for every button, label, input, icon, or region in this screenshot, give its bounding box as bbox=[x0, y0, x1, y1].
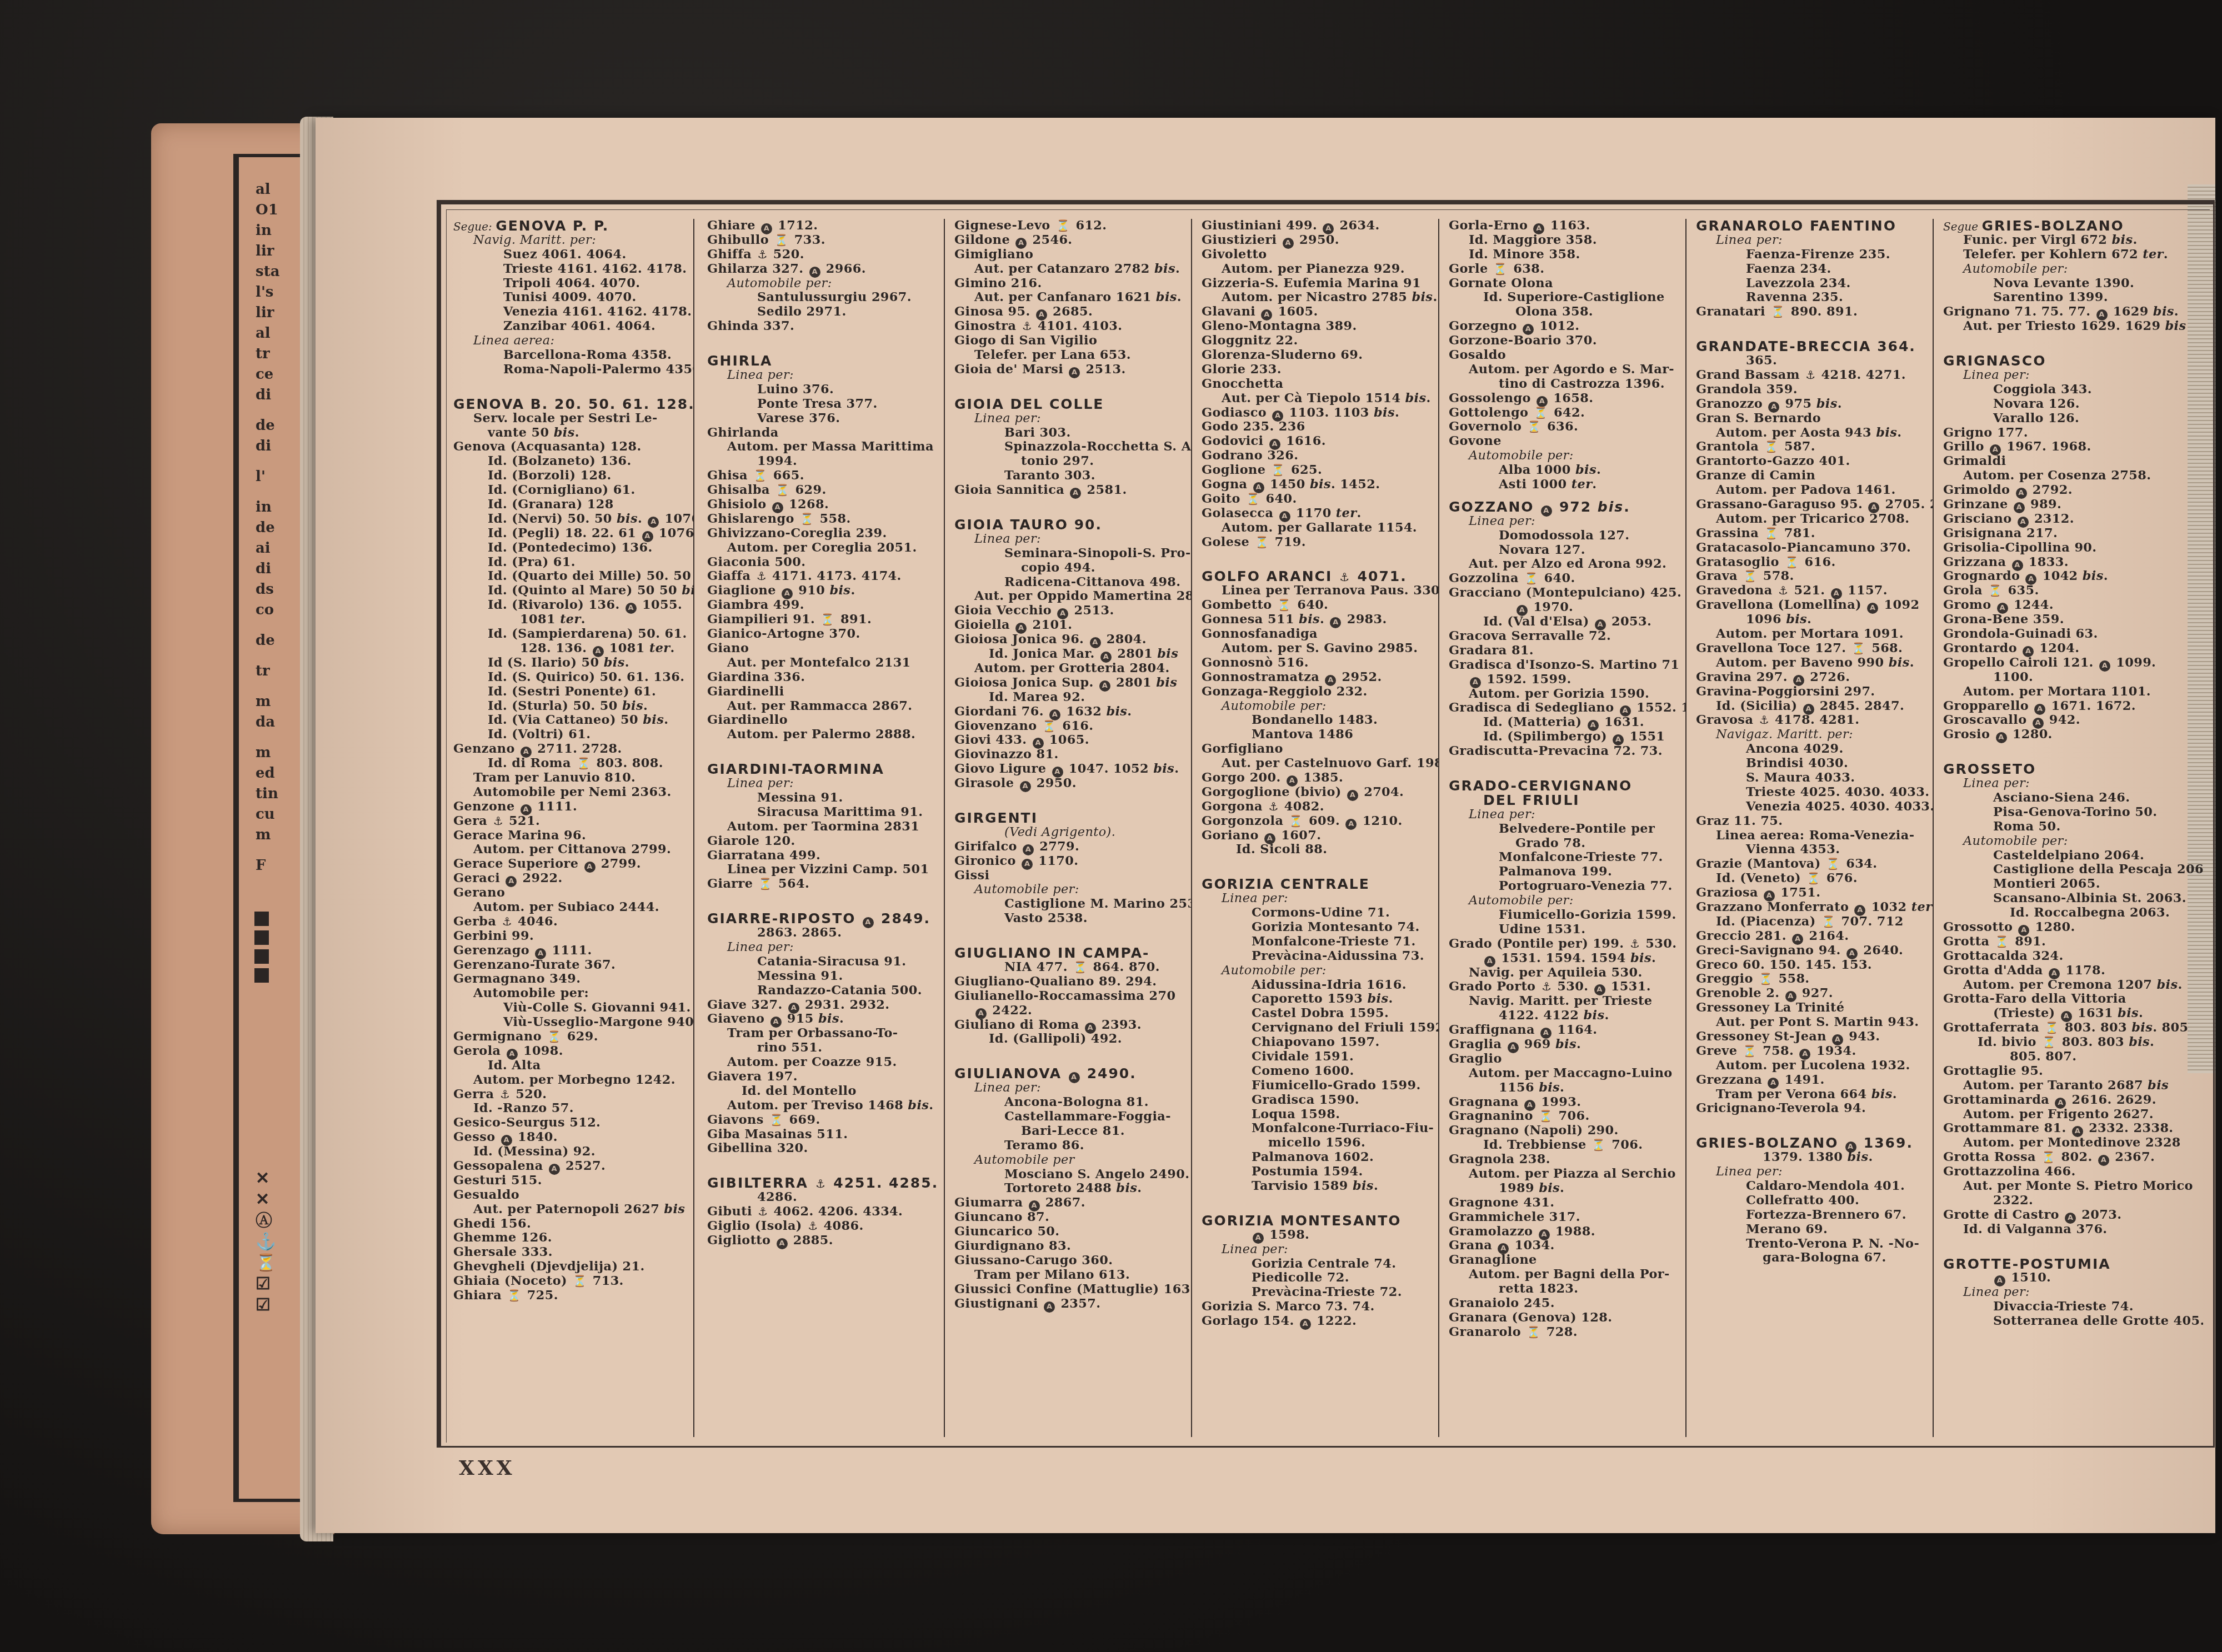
tram-icon: ⏳ bbox=[759, 877, 773, 892]
index-entry: Giano bbox=[707, 642, 944, 656]
index-entry: Autom. per Gorizia 1590. bbox=[1449, 687, 1685, 702]
index-entry: Golasecca A 1170 ter. bbox=[1202, 507, 1438, 521]
fragment-text: de bbox=[256, 518, 280, 538]
index-entry: Giurdignano 83. bbox=[954, 1239, 1191, 1254]
index-entry: Id. di Valganna 376. bbox=[1943, 1223, 2203, 1237]
fragment-text: de bbox=[256, 415, 280, 436]
service-label: Navig. Maritt. per: bbox=[453, 233, 693, 248]
tram-icon: ⏳ bbox=[577, 757, 590, 771]
index-entry: Giardina 336. bbox=[707, 670, 944, 685]
index-entry: Aut. per Pont S. Martin 943. bbox=[1696, 1015, 1933, 1030]
index-entry: Id. Marea 92. bbox=[954, 690, 1191, 705]
tram-icon: ⏳ bbox=[573, 1274, 587, 1289]
index-entry: Tortoreto 2488 bis. bbox=[954, 1182, 1191, 1196]
index-entry: Autom. per Cremona 1207 bis. bbox=[1943, 978, 2203, 993]
index-entry: Gesualdo bbox=[453, 1188, 693, 1203]
tram-icon: ⏳ bbox=[1743, 1044, 1757, 1059]
index-column-6: GRANAROLO FAENTINOLinea per:Faenza-Firen… bbox=[1689, 219, 1934, 1437]
tram-icon: ⏳ bbox=[1771, 305, 1785, 319]
spacer bbox=[954, 791, 1191, 803]
index-entry: 1096 bis. bbox=[1696, 613, 1933, 627]
index-entry: Gioiosa Jonica Sup. A 2801 bis bbox=[954, 676, 1191, 690]
index-entry: Ravenna 235. bbox=[1696, 291, 1933, 305]
index-entry: Autom. per Piazza al Serchio bbox=[1449, 1167, 1685, 1182]
index-entry: Telefer. per Kohlern 672 ter. bbox=[1943, 248, 2203, 262]
index-entry: Autom. per Mortara 1101. bbox=[1943, 685, 2203, 699]
index-column-1: Segue: GENOVA P. P.Navig. Maritt. per:Su… bbox=[447, 219, 694, 1437]
index-entry: Gignese-Levo ⏳ 612. bbox=[954, 219, 1191, 233]
index-entry: Gerenzago A 1111. bbox=[453, 944, 693, 958]
index-entry: Gorgona ⚓ 4082. bbox=[1202, 800, 1438, 814]
tram-icon: ⏳ bbox=[1852, 642, 1866, 656]
tram-icon: ⏳ bbox=[1073, 960, 1087, 975]
index-entry: Santulussurgiu 2967. bbox=[707, 291, 944, 305]
index-entry: Id. (Quarto dei Mille) 50. 50 bis bbox=[453, 569, 693, 584]
index-entry: Taranto 303. bbox=[954, 469, 1191, 483]
index-entry: Gildone A 2546. bbox=[954, 233, 1191, 248]
autoservice-icon: A bbox=[1283, 238, 1294, 249]
index-column-7: Segue GRIES-BOLZANOFunic. per Virgl 672 … bbox=[1936, 219, 2203, 1437]
autoservice-icon: A bbox=[1867, 603, 1878, 614]
index-entry: Luino 376. bbox=[707, 383, 944, 397]
tram-icon: ⏳ bbox=[775, 483, 789, 498]
index-entry: Gorizia Montesanto 74. bbox=[1202, 920, 1438, 935]
spacer bbox=[954, 377, 1191, 389]
station-heading: GRIES-BOLZANO A 1369. bbox=[1696, 1136, 1933, 1150]
index-entry: Id. (Quinto al Mare) 50 50 bis bbox=[453, 584, 693, 598]
index-entry: Ghirlanda bbox=[707, 426, 944, 440]
index-entry: Giussano-Carugo 360. bbox=[954, 1254, 1191, 1268]
ship-icon: ⚓ bbox=[1805, 368, 1815, 383]
index-entry: Grava ⏳ 578. bbox=[1696, 569, 1933, 584]
index-entry: Id. -Ranzo 57. bbox=[453, 1102, 693, 1116]
fragment-text: co bbox=[256, 600, 280, 620]
index-entry: Giarole 120. bbox=[707, 834, 944, 849]
index-entry: Id. (Via Cattaneo) 50 bis. bbox=[453, 713, 693, 728]
index-entry: 4286. bbox=[707, 1190, 944, 1205]
index-entry: Id. di Roma ⏳ 803. 808. bbox=[453, 757, 693, 771]
fragment-text: m bbox=[256, 743, 280, 763]
index-entry: Gnocchetta bbox=[1202, 377, 1438, 392]
index-entry: Belvedere-Pontile per bbox=[1449, 822, 1685, 837]
spacer bbox=[954, 1047, 1191, 1059]
index-entry: Barcellona-Roma 4358. bbox=[453, 348, 693, 363]
index-entry: Id. (Sestri Ponente) 61. bbox=[453, 685, 693, 699]
index-entry: Telefer. per Lana 653. bbox=[954, 348, 1191, 363]
index-entry: Linea per Vizzini Camp. 501 bbox=[707, 863, 944, 877]
fragment-text: tin bbox=[256, 784, 280, 804]
index-column-3: Gignese-Levo ⏳ 612.Gildone A 2546.Gimigl… bbox=[948, 219, 1192, 1437]
index-entry: Autom. per Pianezza 929. bbox=[1202, 262, 1438, 277]
index-entry: Gorgo 200. A 1385. bbox=[1202, 771, 1438, 785]
tram-icon: ⏳ bbox=[800, 512, 814, 527]
ship-icon: ⚓ bbox=[493, 814, 503, 829]
fragment-text bbox=[256, 406, 280, 415]
index-entry: Spinazzola-Rocchetta S. An- bbox=[954, 440, 1191, 454]
index-entry: Grantorto-Gazzo 401. bbox=[1696, 454, 1933, 469]
index-frame: Segue: GENOVA P. P.Navig. Maritt. per:Su… bbox=[437, 200, 2215, 1448]
index-entry: Grammichele 317. bbox=[1449, 1210, 1685, 1225]
index-entry: Gesico-Seurgus 512. bbox=[453, 1116, 693, 1130]
fragment-text: tr bbox=[256, 661, 280, 682]
index-entry: Autom. per S. Gavino 2985. bbox=[1202, 642, 1438, 656]
index-entry: Id. Alta bbox=[453, 1059, 693, 1073]
spacer bbox=[707, 742, 944, 754]
index-entry: Roma-Napoli-Palermo 4350. bbox=[453, 363, 693, 377]
index-entry: Giumarra A 2867. bbox=[954, 1196, 1191, 1210]
index-entry: Gravellona Toce 127. ⏳ 568. bbox=[1696, 642, 1933, 656]
index-entry: Gravellona (Lomellina) A 1092 bbox=[1696, 598, 1933, 613]
tram-icon: ⏳ bbox=[1043, 719, 1057, 734]
index-entry: Grola ⏳ 635. bbox=[1943, 584, 2203, 598]
ship-icon: ⚓ bbox=[500, 1088, 510, 1102]
index-entry: Gratasoglio ⏳ 616. bbox=[1696, 555, 1933, 570]
index-entry: Graziosa A 1751. bbox=[1696, 886, 1933, 900]
index-entry: Greggio ⏳ 558. bbox=[1696, 972, 1933, 987]
index-entry: Granaglione bbox=[1449, 1253, 1685, 1268]
index-entry: Castiglione della Pescaja 2067. bbox=[1943, 863, 2203, 877]
fragment-text: l' bbox=[256, 467, 280, 487]
index-entry: Goito ⏳ 640. bbox=[1202, 492, 1438, 507]
tram-icon: ⏳ bbox=[1806, 872, 1820, 886]
index-entry: Gibuti ⚓ 4062. 4206. 4334. bbox=[707, 1205, 944, 1219]
index-entry: Asciano-Siena 246. bbox=[1943, 791, 2203, 805]
index-entry: Bari-Lecce 81. bbox=[954, 1124, 1191, 1139]
index-entry: Autom. per Palermo 2888. bbox=[707, 728, 944, 742]
index-entry: Viù-Usseglio-Margone 940 bbox=[453, 1015, 693, 1030]
index-entry: Faenza-Firenze 235. bbox=[1696, 248, 1933, 262]
index-entry: Glorenza-Sluderno 69. bbox=[1202, 348, 1438, 363]
index-entry: Granze di Camin bbox=[1696, 469, 1933, 483]
index-entry: Gerra ⚓ 520. bbox=[453, 1088, 693, 1102]
index-entry: Cormons-Udine 71. bbox=[1202, 906, 1438, 920]
index-column-2: Ghiare A 1712.Ghibullo ⏳ 733.Ghiffa ⚓ 52… bbox=[700, 219, 945, 1437]
index-entry: Godrano 326. bbox=[1202, 449, 1438, 463]
index-entry: Ghinda 337. bbox=[707, 319, 944, 334]
index-entry: Grosio A 1280. bbox=[1943, 728, 2203, 742]
spacer bbox=[1202, 857, 1438, 869]
tram-icon: ⏳ bbox=[769, 1113, 783, 1128]
index-entry: Gogna A 1450 bis. 1452. bbox=[1202, 478, 1438, 492]
index-entry: Cividale 1591. bbox=[1202, 1050, 1438, 1064]
index-entry: Grado 78. bbox=[1449, 837, 1685, 851]
service-label: Navigaz. Maritt. per: bbox=[1696, 728, 1933, 742]
index-entry: Giussici Confine (Mattuglie) 1632 bis. bbox=[954, 1283, 1191, 1297]
index-entry: Gironico A 1170. bbox=[954, 854, 1191, 869]
index-entry: Automobile per: bbox=[453, 987, 693, 1001]
index-entry: Grossotto A 1280. bbox=[1943, 920, 2203, 935]
index-entry: Grotta Rossa ⏳ 802. A 2367. bbox=[1943, 1150, 2203, 1165]
index-entry: Grazzano Monferrato A 1032 ter bbox=[1696, 900, 1933, 915]
index-entry: Grottammare 81. A 2332. 2338. bbox=[1943, 1122, 2203, 1136]
index-entry: A 1598. bbox=[1202, 1228, 1438, 1243]
tram-icon: ⏳ bbox=[507, 1289, 521, 1303]
index-entry: 1379. 1380 bis. bbox=[1696, 1150, 1933, 1165]
index-entry: Grognardo A 1042 bis. bbox=[1943, 569, 2203, 584]
index-entry: Grottaglie 95. bbox=[1943, 1064, 2203, 1079]
index-entry: Faenza 234. bbox=[1696, 262, 1933, 277]
index-entry: Gracova Serravalle 72. bbox=[1449, 629, 1685, 644]
index-entry: Giave 327. A 2931. 2932. bbox=[707, 998, 944, 1013]
index-entry: Giavons ⏳ 669. bbox=[707, 1113, 944, 1128]
index-entry: Giavera 197. bbox=[707, 1070, 944, 1084]
index-entry: Giulianello-Roccamassima 270 bbox=[954, 989, 1191, 1004]
index-entry: Glorie 233. bbox=[1202, 363, 1438, 377]
index-entry: Grizzana A 1833. bbox=[1943, 555, 2203, 570]
tram-icon: ⏳ bbox=[1988, 584, 2002, 598]
autoservice-icon: A bbox=[1070, 488, 1081, 499]
fragment-text: ed bbox=[256, 763, 280, 784]
index-entry: Grinzane A 989. bbox=[1943, 498, 2203, 512]
index-entry: Gioia de' Marsi A 2513. bbox=[954, 363, 1191, 377]
index-entry: Monfalcone-Turriaco-Fiu- bbox=[1202, 1122, 1438, 1136]
index-entry: Gorlago 154. A 1222. bbox=[1202, 1314, 1438, 1329]
index-entry: Funic. per Virgl 672 bis. bbox=[1943, 233, 2203, 248]
index-entry: Id. (Sicilia) A 2845. 2847. bbox=[1696, 699, 1933, 714]
service-label: Linea aerea: bbox=[453, 334, 693, 348]
index-entry: rino 551. bbox=[707, 1041, 944, 1055]
index-entry: Gropparello A 1671. 1672. bbox=[1943, 699, 2203, 714]
index-entry: Gigliotto A 2885. bbox=[707, 1234, 944, 1248]
index-entry: Gossolengo A 1658. bbox=[1449, 392, 1685, 406]
index-entry: Gioia Vecchio A 2513. bbox=[954, 604, 1191, 618]
index-entry: Sedilo 2971. bbox=[707, 305, 944, 319]
fragment-text bbox=[256, 457, 280, 467]
index-entry: Graglia A 969 bis. bbox=[1449, 1038, 1685, 1052]
index-entry: Grigno 177. bbox=[1943, 426, 2203, 440]
index-entry: Bondanello 1483. bbox=[1202, 713, 1438, 728]
ship-icon: ⚓ bbox=[1778, 584, 1788, 598]
autoservice-icon: A bbox=[1022, 859, 1033, 870]
index-entry: Aut. per Rammacca 2867. bbox=[707, 699, 944, 714]
index-entry: Id. (Cornigliano) 61. bbox=[453, 483, 693, 498]
fragment-text: da bbox=[256, 712, 280, 733]
station-heading: GENOVA B. 20. 50. 61. 128. bbox=[453, 397, 693, 412]
index-entry: Ghiaia (Noceto) ⏳ 713. bbox=[453, 1274, 693, 1289]
index-entry: Giovenzano ⏳ 616. bbox=[954, 719, 1191, 734]
fragment-text bbox=[256, 845, 280, 855]
index-entry: 1994. bbox=[707, 454, 944, 469]
index-entry: 2322. bbox=[1943, 1194, 2203, 1208]
station-heading: GIOIA TAURO 90. bbox=[954, 518, 1191, 532]
index-entry: S. Maura 4033. bbox=[1696, 771, 1933, 785]
index-entry: Grotta d'Adda A 1178. bbox=[1943, 964, 2203, 978]
station-heading: GIOIA DEL COLLE bbox=[954, 397, 1191, 412]
index-entry: Granara (Genova) 128. bbox=[1449, 1311, 1685, 1325]
tram-icon: ⏳ bbox=[1278, 598, 1292, 613]
index-entry: Gianico-Artogne 370. bbox=[707, 627, 944, 642]
index-entry: Monfalcone-Trieste 71. bbox=[1202, 935, 1438, 949]
index-entry: Aidussina-Idria 1616. bbox=[1202, 978, 1438, 993]
station-heading: GOLFO ARANCI ⚓ 4071. bbox=[1202, 569, 1438, 584]
index-entry: A 2422. bbox=[954, 1004, 1191, 1018]
index-entry: Olona 358. bbox=[1449, 305, 1685, 319]
index-entry: Girifalco A 2779. bbox=[954, 840, 1191, 854]
index-entry: Gesso A 1840. bbox=[453, 1130, 693, 1145]
tram-icon: ⏳ bbox=[2045, 1021, 2059, 1035]
index-entry: Giglio (Isola) ⚓ 4086. bbox=[707, 1219, 944, 1234]
index-entry: Autom. per Baveno 990 bis. bbox=[1696, 656, 1933, 670]
index-entry: Automobile per Nemi 2363. bbox=[453, 785, 693, 800]
service-label: Linea per: bbox=[954, 412, 1191, 426]
index-entry: Gragnone 431. bbox=[1449, 1196, 1685, 1210]
index-entry: Gornate Olona bbox=[1449, 277, 1685, 291]
index-entry: Granozzo A 975 bis. bbox=[1696, 397, 1933, 412]
index-entry: Gosaldo bbox=[1449, 348, 1685, 363]
index-entry: Asti 1000 ter. bbox=[1449, 478, 1685, 492]
index-entry: Gesturi 515. bbox=[453, 1174, 693, 1188]
legend-bars-icon bbox=[254, 907, 277, 987]
index-entry: Id. Sicoli 88. bbox=[1202, 843, 1438, 857]
index-entry: Gragnano (Napoli) 290. bbox=[1449, 1124, 1685, 1138]
service-label: Automobile per: bbox=[1202, 699, 1438, 714]
index-entry: Prevàcina-Trieste 72. bbox=[1202, 1285, 1438, 1300]
index-entry: A 1970. bbox=[1449, 600, 1685, 615]
fragment-text: m bbox=[256, 825, 280, 845]
index-entry: Gromo A 1244. bbox=[1943, 598, 2203, 613]
index-entry: Genzano A 2711. 2728. bbox=[453, 742, 693, 757]
index-entry: Grillo A 1967. 1968. bbox=[1943, 440, 2203, 454]
index-entry: Giustiniani 499. A 2634. bbox=[1202, 219, 1438, 233]
index-entry: Geraci A 2922. bbox=[453, 872, 693, 886]
index-entry: Randazzo-Catania 500. bbox=[707, 984, 944, 998]
index-entry: Linea aerea: Roma-Venezia- bbox=[1696, 829, 1933, 843]
index-entry: Gradiscutta-Prevacina 72. 73. bbox=[1449, 744, 1685, 759]
index-entry: Gioia Sannitica A 2581. bbox=[954, 483, 1191, 498]
index-entry: Gradisca 1590. bbox=[1202, 1093, 1438, 1108]
index-entry: 1081 ter. bbox=[453, 613, 693, 627]
autoservice-icon: A bbox=[506, 876, 517, 887]
index-entry: Gottolengo ⏳ 642. bbox=[1449, 406, 1685, 420]
index-entry: Id. Minore 358. bbox=[1449, 248, 1685, 262]
index-entry: Id. Trebbiense ⏳ 706. bbox=[1449, 1138, 1685, 1153]
index-entry: Ghersale 333. bbox=[453, 1245, 693, 1260]
station-heading: GIRGENTI bbox=[954, 811, 1191, 825]
autoservice-icon: A bbox=[1508, 1042, 1519, 1053]
index-entry: Sotterranea delle Grotte 405. bbox=[1943, 1314, 2203, 1329]
tram-icon: ⏳ bbox=[1494, 262, 1508, 277]
index-entry: Autom. per Grotteria 2804. bbox=[954, 662, 1191, 676]
index-entry: A 1510. bbox=[1943, 1271, 2203, 1285]
index-entry: Roma 50. bbox=[1943, 820, 2203, 834]
index-entry: Brindisi 4030. bbox=[1696, 757, 1933, 771]
index-entry: Id. bivio ⏳ 803. 803 bis. bbox=[1943, 1035, 2203, 1050]
station-heading: GRANAROLO FAENTINO bbox=[1696, 219, 1933, 233]
index-entry: Castiglione M. Marino 2538 bbox=[954, 897, 1191, 912]
fragment-text bbox=[256, 620, 280, 630]
fragment-text: ce bbox=[256, 364, 280, 385]
index-entry: Suez 4061. 4064. bbox=[453, 248, 693, 262]
index-entry: Id. (Sampierdarena) 50. 61. bbox=[453, 627, 693, 642]
index-entry: Govone bbox=[1449, 434, 1685, 449]
autoservice-icon: A bbox=[584, 862, 595, 873]
spacer bbox=[1202, 549, 1438, 562]
spacer bbox=[954, 926, 1191, 938]
index-entry: vante 50 bis. bbox=[453, 426, 693, 440]
autoservice-icon: A bbox=[1099, 680, 1110, 692]
spacer bbox=[707, 1156, 944, 1168]
service-label: Linea per: bbox=[1202, 1243, 1438, 1257]
spacer bbox=[1449, 759, 1685, 771]
spacer bbox=[954, 498, 1191, 510]
index-entry: Gombetto ⏳ 640. bbox=[1202, 598, 1438, 613]
index-entry: Tunisi 4009. 4070. bbox=[453, 291, 693, 305]
index-entry: Ghilarza 327. A 2966. bbox=[707, 262, 944, 277]
autoservice-icon: A bbox=[1330, 617, 1341, 628]
index-entry: Glavani A 1605. bbox=[1202, 305, 1438, 319]
fragment-text: ai bbox=[256, 538, 280, 559]
ship-icon: ⚓ bbox=[757, 248, 767, 262]
index-entry: Aut. per Oppido Mamertina 2805. bbox=[954, 589, 1191, 604]
index-entry: Gerace Marina 96. bbox=[453, 829, 693, 843]
ship-icon: ⚓ bbox=[758, 1205, 768, 1219]
index-entry: Graffignana A 1164. bbox=[1449, 1023, 1685, 1038]
index-entry: Grimaldi bbox=[1943, 454, 2203, 469]
index-entry: Autom. per Morbegno 1242. bbox=[453, 1073, 693, 1088]
index-entry: Lavezzola 234. bbox=[1696, 277, 1933, 291]
index-entry: Gorzone-Boario 370. bbox=[1449, 334, 1685, 348]
index-entry: Id. (Rivarolo) 136. A 1055. bbox=[453, 598, 693, 613]
index-page: Segue: GENOVA P. P.Navig. Maritt. per:Su… bbox=[316, 118, 2215, 1533]
index-entry: Giugliano-Qualiano 89. 294. bbox=[954, 975, 1191, 989]
index-entry: Palmanova 1602. bbox=[1202, 1150, 1438, 1165]
fragment-text: cu bbox=[256, 804, 280, 825]
index-entry: Prevàcina-Aidussina 73. bbox=[1202, 949, 1438, 964]
index-entry: 2863. 2865. bbox=[707, 926, 944, 940]
service-label: Linea per: bbox=[1696, 1165, 1933, 1179]
index-entry: Zanzibar 4061. 4064. bbox=[453, 319, 693, 334]
service-label: Automobile per: bbox=[1202, 964, 1438, 978]
spacer bbox=[453, 377, 693, 389]
index-entry: Messina 91. bbox=[707, 969, 944, 984]
tram-icon: ⏳ bbox=[1524, 572, 1538, 586]
fragment-text: l's bbox=[256, 282, 280, 303]
index-entry: Piedicolle 72. bbox=[1202, 1271, 1438, 1285]
index-entry: Autom. per Treviso 1468 bis. bbox=[707, 1099, 944, 1113]
index-entry: Gragnanino ⏳ 706. bbox=[1449, 1109, 1685, 1124]
index-entry: Ghivizzano-Coreglia 239. bbox=[707, 527, 944, 541]
index-entry: Grado Porto ⚓ 530. A 1531. bbox=[1449, 980, 1685, 994]
index-entry: Gessopalena A 2527. bbox=[453, 1159, 693, 1174]
index-entry: Id. Maggiore 358. bbox=[1449, 233, 1685, 248]
service-label: Linea per: bbox=[1696, 233, 1933, 248]
tram-icon: ⏳ bbox=[2042, 1035, 2056, 1050]
index-entry: Gropello Cairoli 121. A 1099. bbox=[1943, 656, 2203, 670]
index-entry: micello 1596. bbox=[1202, 1136, 1438, 1150]
index-entry: Goriano A 1607. bbox=[1202, 829, 1438, 843]
index-entry: Gera ⚓ 521. bbox=[453, 814, 693, 829]
index-entry: Autom. per Nicastro 2785 bis. bbox=[1202, 291, 1438, 305]
index-entry: Greccio 281. A 2164. bbox=[1696, 929, 1933, 944]
index-entry: Gissi bbox=[954, 869, 1191, 883]
index-entry: Id. (Nervi) 50. 50 bis. A 1076 bbox=[453, 512, 693, 527]
index-entry: Merano 69. bbox=[1696, 1223, 1933, 1237]
autoservice-icon: A bbox=[549, 1164, 560, 1175]
index-entry: Giuncarico 50. bbox=[954, 1225, 1191, 1239]
index-entry: Trieste 4161. 4162. 4178. bbox=[453, 262, 693, 277]
index-entry: Granarolo ⏳ 728. bbox=[1449, 1325, 1685, 1340]
index-entry: Giardinello bbox=[707, 713, 944, 728]
index-entry: 805. 807. bbox=[1943, 1050, 2203, 1064]
index-entry: Navig. Maritt. per Trieste bbox=[1449, 994, 1685, 1009]
fragment-text: m bbox=[256, 692, 280, 712]
index-entry: Givoletto bbox=[1202, 248, 1438, 262]
tram-icon: ⏳ bbox=[1528, 420, 1542, 434]
index-entry: Id. (Matteria) A 1631. bbox=[1449, 715, 1685, 730]
index-entry: Germignano ⏳ 629. bbox=[453, 1030, 693, 1044]
index-entry: Gloggnitz 22. bbox=[1202, 334, 1438, 348]
fragment-text: O1 bbox=[256, 200, 280, 221]
